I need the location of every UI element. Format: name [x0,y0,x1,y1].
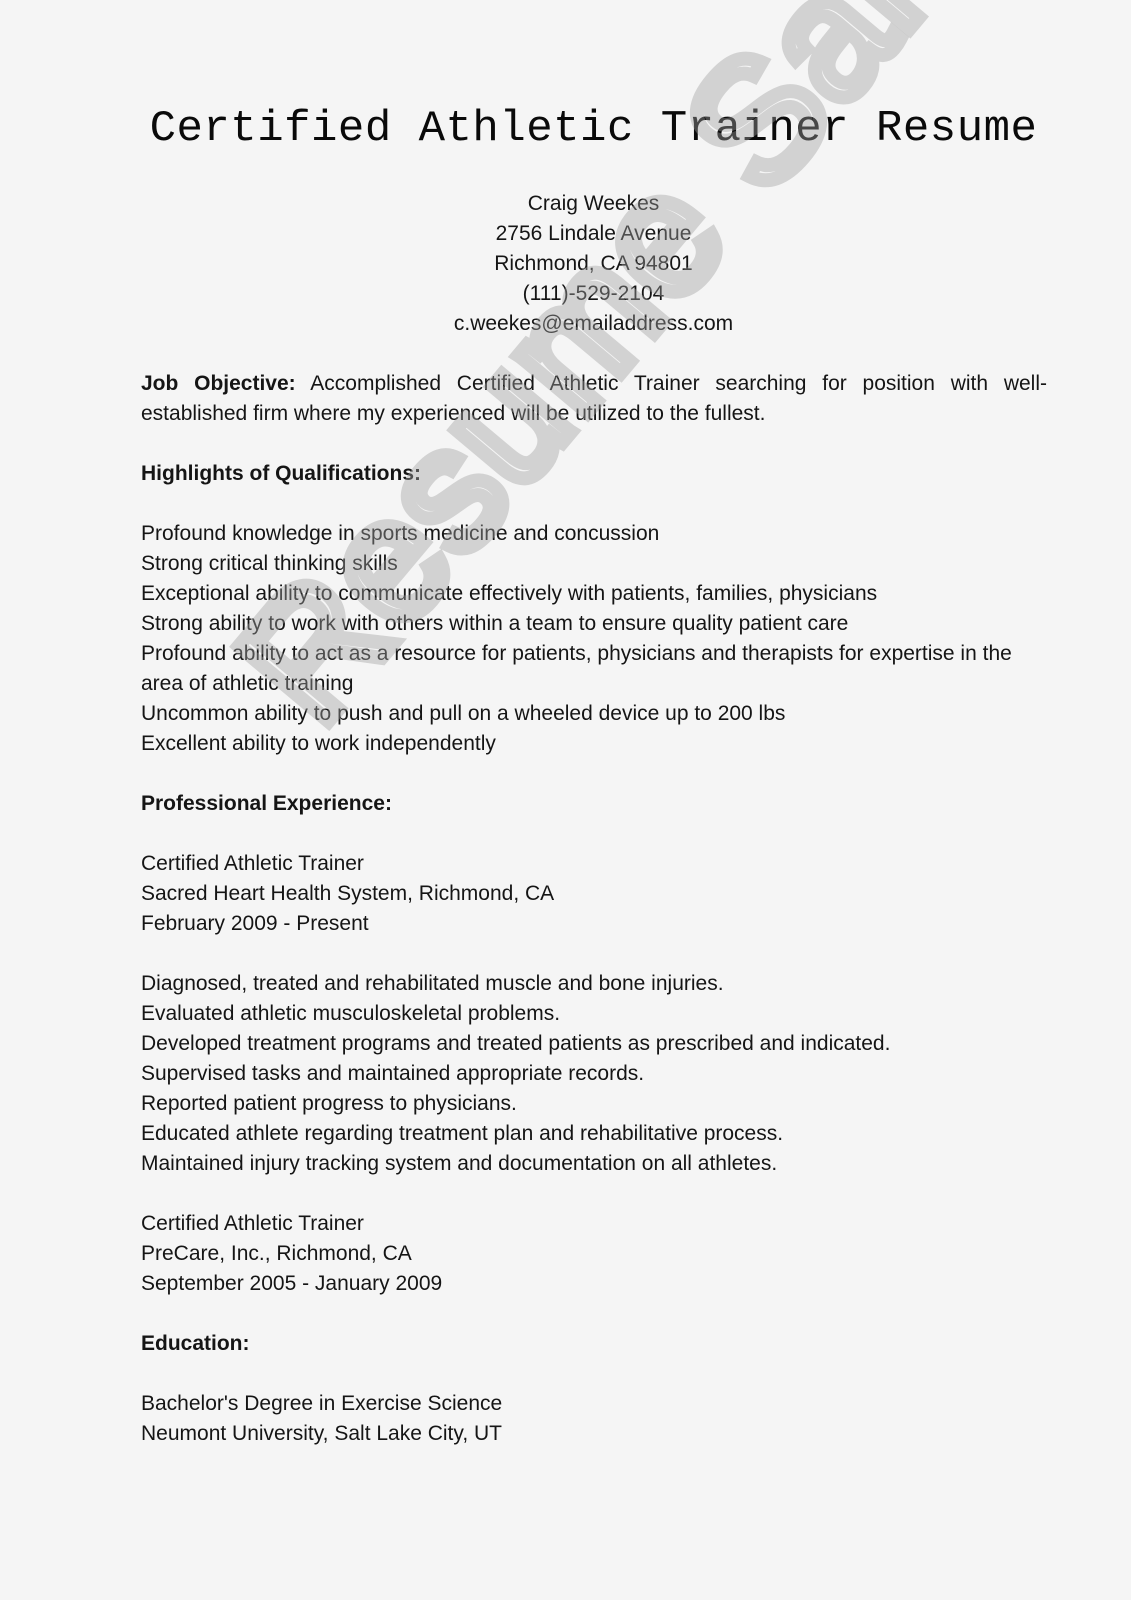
highlight-item: Profound ability to act as a resource fo… [141,639,1047,699]
job-company: Sacred Heart Health System, Richmond, CA [141,879,1047,909]
resume-body: Job Objective: Accomplished Certified At… [141,369,1047,1449]
job-entry: Certified Athletic Trainer Sacred Heart … [141,849,1047,1179]
highlight-item: Excellent ability to work independently [141,729,1047,759]
job-duty: Educated athlete regarding treatment pla… [141,1119,1047,1149]
resume-page: Certified Athletic Trainer Resume Craig … [0,0,1131,1600]
highlight-item: Profound knowledge in sports medicine an… [141,519,1047,549]
highlight-item: Strong critical thinking skills [141,549,1047,579]
highlights-list: Profound knowledge in sports medicine an… [141,519,1047,759]
contact-email: c.weekes@emailaddress.com [0,309,1131,339]
job-duty: Maintained injury tracking system and do… [141,1149,1047,1179]
contact-name: Craig Weekes [0,189,1131,219]
job-dates: September 2005 - January 2009 [141,1269,1047,1299]
job-entry: Certified Athletic Trainer PreCare, Inc.… [141,1209,1047,1299]
job-duty: Supervised tasks and maintained appropri… [141,1059,1047,1089]
contact-address: 2756 Lindale Avenue [0,219,1131,249]
job-title: Certified Athletic Trainer [141,849,1047,879]
contact-block: Craig Weekes 2756 Lindale Avenue Richmon… [0,189,1131,339]
contact-city-state-zip: Richmond, CA 94801 [0,249,1131,279]
education-heading: Education: [141,1329,1047,1359]
highlights-heading: Highlights of Qualifications: [141,459,1047,489]
job-title: Certified Athletic Trainer [141,1209,1047,1239]
experience-heading: Professional Experience: [141,789,1047,819]
job-objective-label: Job Objective: [141,372,296,395]
job-objective: Job Objective: Accomplished Certified At… [141,369,1047,429]
contact-phone: (111)-529-2104 [0,279,1131,309]
job-dates: February 2009 - Present [141,909,1047,939]
highlight-item: Exceptional ability to communicate effec… [141,579,1047,609]
job-duty: Evaluated athletic musculoskeletal probl… [141,999,1047,1029]
highlight-item: Strong ability to work with others withi… [141,609,1047,639]
job-duties-list: Diagnosed, treated and rehabilitated mus… [141,969,1047,1179]
highlight-item: Uncommon ability to push and pull on a w… [141,699,1047,729]
job-company: PreCare, Inc., Richmond, CA [141,1239,1047,1269]
job-duty: Reported patient progress to physicians. [141,1089,1047,1119]
resume-title: Certified Athletic Trainer Resume [0,101,1131,157]
education-school: Neumont University, Salt Lake City, UT [141,1419,1047,1449]
education-degree: Bachelor's Degree in Exercise Science [141,1389,1047,1419]
job-duty: Developed treatment programs and treated… [141,1029,1047,1059]
job-duty: Diagnosed, treated and rehabilitated mus… [141,969,1047,999]
